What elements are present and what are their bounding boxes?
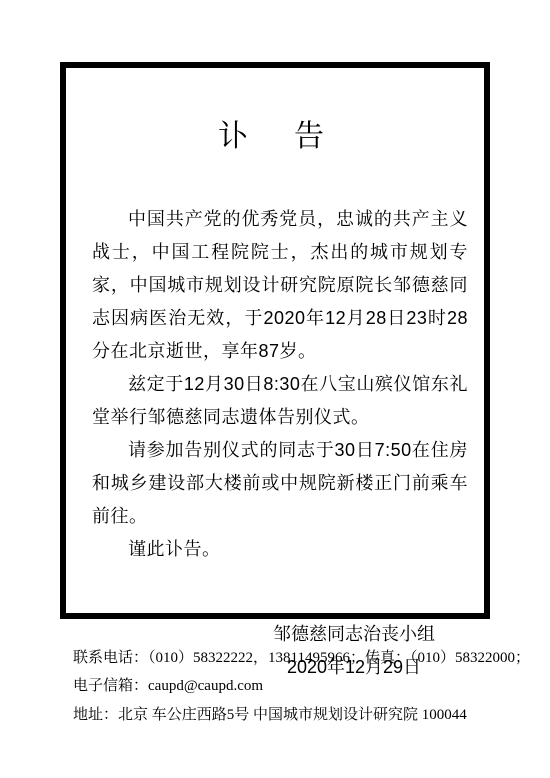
footer-address-line: 地址：北京 车公庄西路5号 中国城市规划设计研究院 100044 <box>73 701 530 729</box>
notice-box: 讣 告 中国共产党的优秀党员，忠诚的共产主义战士，中国工程院院士，杰出的城市规划… <box>60 62 490 619</box>
notice-paragraph-closing: 谨此讣告。 <box>92 533 468 566</box>
obituary-page: { "page": { "background": "#ffffff", "bo… <box>0 0 550 778</box>
footer-contact-info: 联系电话：（010）58322222，13811495966；传真：（010）5… <box>73 644 530 729</box>
notice-paragraph-ceremony: 兹定于12月30日8:30在八宝山殡仪馆东礼堂举行邹德慈同志遗体告别仪式。 <box>92 368 468 434</box>
footer-email-line: 电子信箱：caupd@caupd.com <box>73 672 530 700</box>
notice-title: 讣 告 <box>66 120 484 153</box>
notice-body: 中国共产党的优秀党员，忠诚的共产主义战士，中国工程院院士，杰出的城市规划专家，中… <box>66 203 484 566</box>
footer-contact-line: 联系电话：（010）58322222，13811495966；传真：（010）5… <box>73 644 530 672</box>
notice-paragraph-intro: 中国共产党的优秀党员，忠诚的共产主义战士，中国工程院院士，杰出的城市规划专家，中… <box>92 203 468 368</box>
notice-paragraph-transport: 请参加告别仪式的同志于30日7:50在住房和城乡建设部大楼前或中规院新楼正门前乘… <box>92 434 468 533</box>
